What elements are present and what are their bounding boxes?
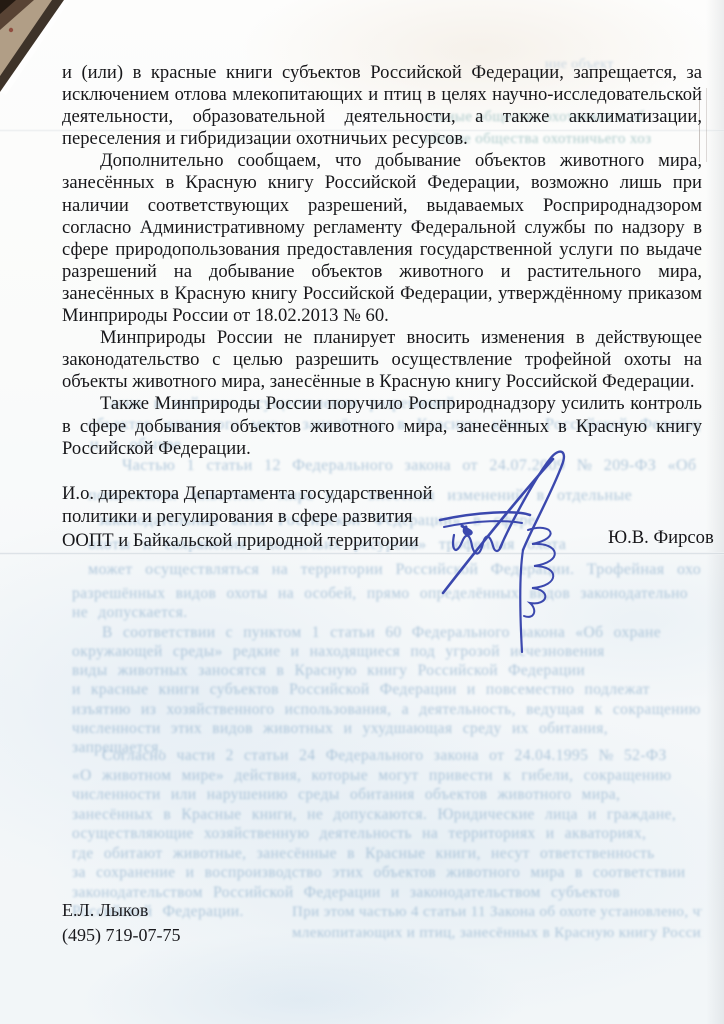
folded-corner (0, 0, 115, 135)
handwritten-signature (418, 438, 628, 663)
bleedthrough-fragment: Согласно части 2 статьи 24 Федерального … (72, 746, 700, 922)
contact-phone: (495) 719-07-75 (62, 923, 180, 948)
bleedthrough-fragment: При этом частью 4 статьи 11 Закона об ох… (292, 902, 702, 944)
paragraph: Минприроды России не планирует вносить и… (62, 327, 702, 393)
contact-footer: Е.Л. Лыков (495) 719-07-75 (62, 898, 180, 948)
paragraph: Дополнительно сообщаем, что добывание об… (62, 150, 702, 327)
paragraph: и (или) в красные книги субъектов Россий… (62, 62, 702, 150)
contact-name: Е.Л. Лыков (62, 898, 180, 923)
scanned-letter-page: { "letter": { "paragraphs": [ "и (или) в… (0, 0, 724, 1024)
letter-body: и (или) в красные книги субъектов Россий… (62, 62, 702, 460)
scan-edge-shadow (706, 0, 724, 1024)
